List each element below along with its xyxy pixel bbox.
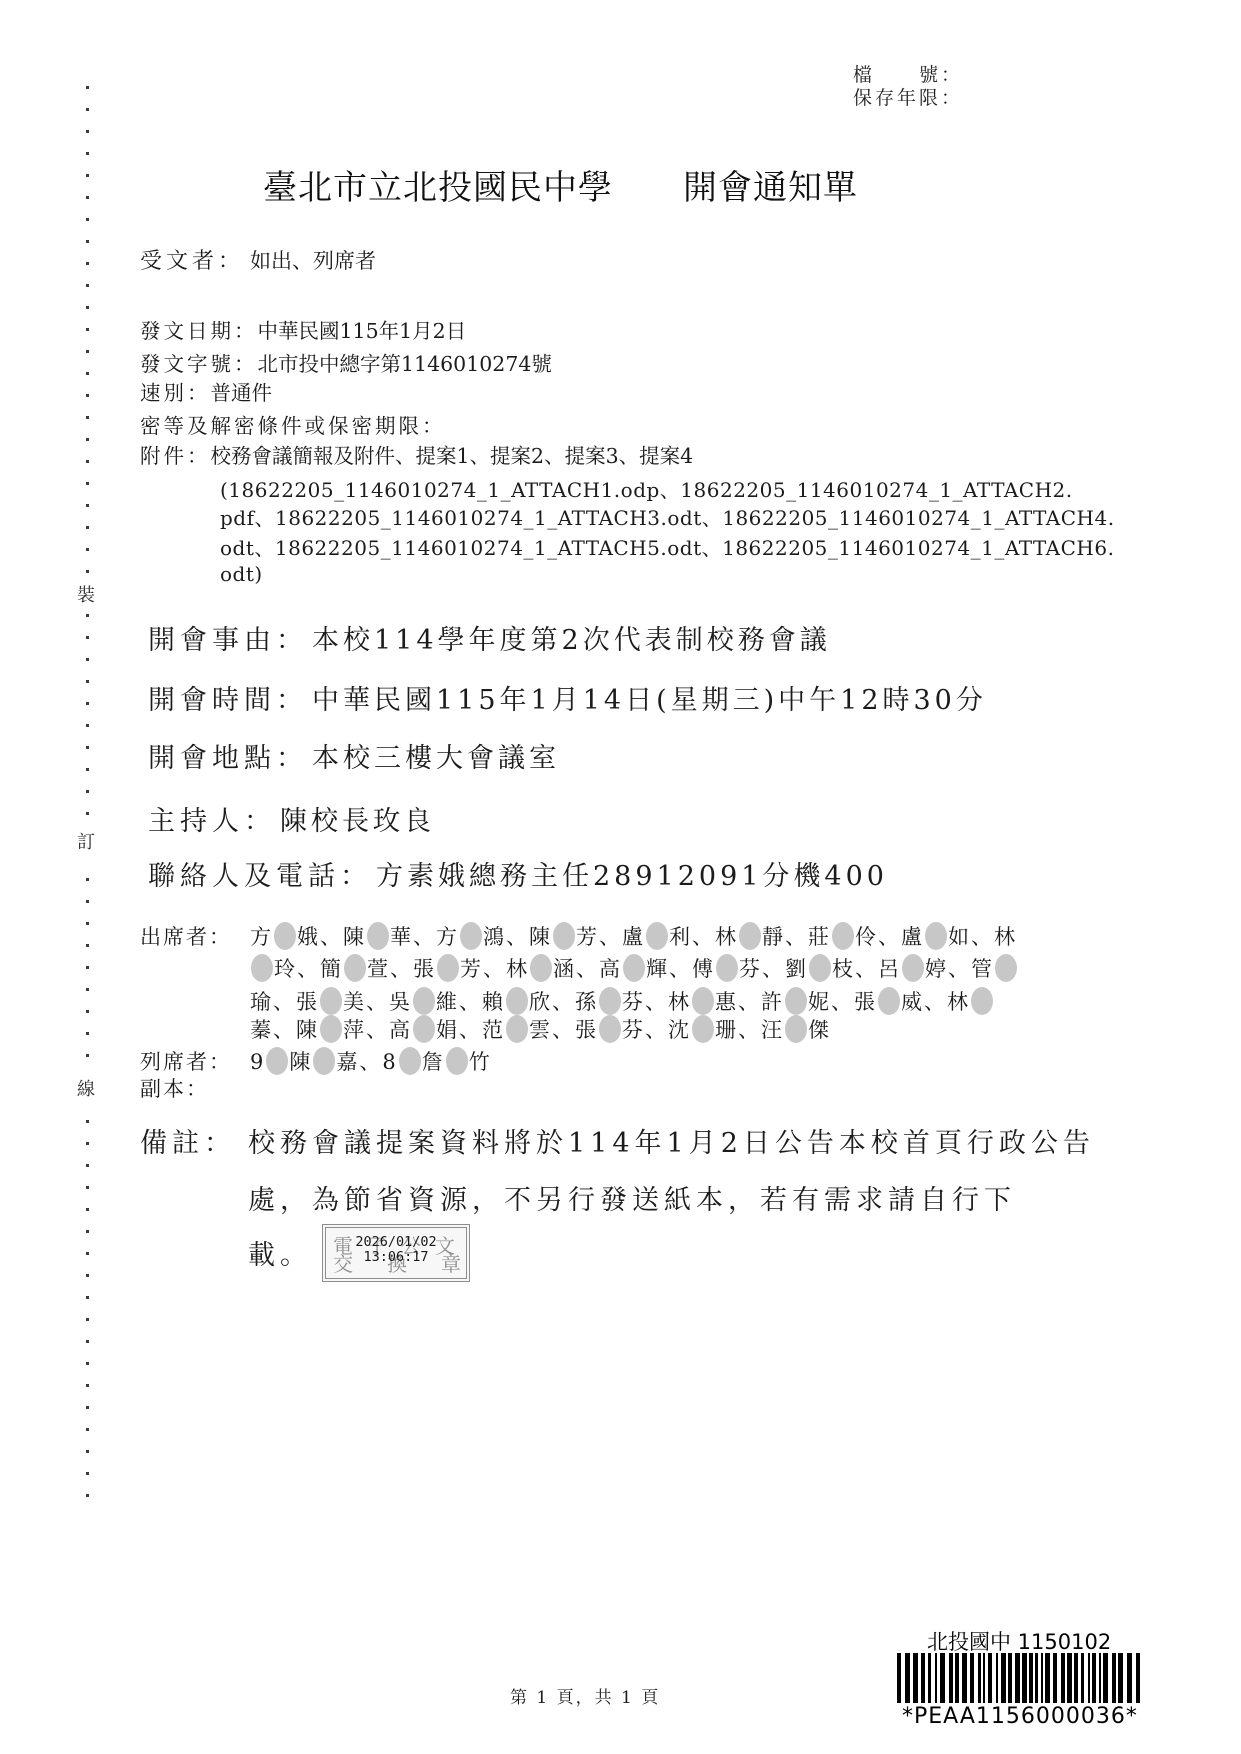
document-page: 裝 訂 線 檔 號： 保存年限： 臺北市立北投國民中學 開會通知單 受文者：如出… xyxy=(0,0,1241,1754)
redacted-character xyxy=(739,922,761,950)
meeting-chair-label: 主持人： xyxy=(148,806,276,837)
redacted-character xyxy=(971,987,993,1015)
cc-label: 副本： xyxy=(140,1073,209,1103)
redacted-character xyxy=(646,922,668,950)
observers-value: 9陳嘉、8詹竹 xyxy=(250,1046,492,1076)
redacted-character xyxy=(878,987,900,1015)
attendees-line: 蓁、陳萍、高娟、范雲、張芬、沈珊、汪傑 xyxy=(250,1014,831,1044)
stamp-time: 13:06:17 xyxy=(326,1250,466,1265)
redacted-character xyxy=(413,1015,435,1043)
meeting-contact-label: 聯絡人及電話： xyxy=(148,861,372,892)
remarks-line: 校務會議提案資料將於114年1月2日公告本校首頁行政公告 xyxy=(248,1121,1095,1160)
redacted-character xyxy=(320,1015,342,1043)
remarks-line: 處，為節省資源，不另行發送紙本，若有需求請自行下 xyxy=(248,1178,1016,1217)
electronic-exchange-stamp: 電子公文 交換章 2026/01/02 13:06:17 xyxy=(322,1224,470,1282)
binding-mark-ding: 訂 xyxy=(74,823,98,859)
recipient-label: 受文者： xyxy=(140,249,244,274)
meeting-time-label: 開會時間： xyxy=(148,685,308,716)
redacted-character xyxy=(716,954,738,982)
binding-mark-xian: 線 xyxy=(74,1070,98,1106)
redacted-character xyxy=(809,954,831,982)
redacted-character xyxy=(320,987,342,1015)
meeting-chair-value: 陳校長玫良 xyxy=(280,806,435,837)
meeting-contact-row: 聯絡人及電話：方素娥總務主任28912091分機400 xyxy=(148,854,888,893)
attachment-filenames-line: odt) xyxy=(220,562,263,586)
barcode-text: *PEAA1156000036* xyxy=(902,1704,1138,1729)
redacted-character xyxy=(902,954,924,982)
attachments-row: 附件：校務會議簡報及附件、提案1、提案2、提案3、提案4 xyxy=(140,439,693,469)
redacted-character xyxy=(399,1047,421,1075)
security-label: 密等及解密條件或保密期限： xyxy=(140,414,446,438)
remarks-line: 載。 xyxy=(248,1233,312,1272)
page-title: 臺北市立北投國民中學 開會通知單 xyxy=(263,160,858,209)
redacted-character xyxy=(251,954,273,982)
redacted-character xyxy=(785,1015,807,1043)
doc-number-value: 北市投中總字第1146010274號 xyxy=(258,352,552,376)
binding-mark-zhuang: 裝 xyxy=(74,576,98,612)
attendees-line: 方娥、陳華、方鴻、陳芳、盧利、林靜、莊伶、盧如、林 xyxy=(250,921,1017,951)
attachment-filenames-line: odt、18622205_1146010274_1_ATTACH5.odt、18… xyxy=(220,532,1114,561)
priority-value: 普通件 xyxy=(211,381,273,405)
attendees-label: 出席者： xyxy=(140,921,232,951)
barcode xyxy=(897,1653,1141,1703)
recipient-row: 受文者：如出、列席者 xyxy=(140,244,376,275)
redacted-character xyxy=(506,1015,528,1043)
redacted-character xyxy=(995,954,1017,982)
redacted-character xyxy=(785,987,807,1015)
redacted-character xyxy=(460,922,482,950)
issue-date-value: 中華民國115年1月2日 xyxy=(258,319,467,343)
meeting-place-label: 開會地點： xyxy=(148,743,308,774)
doc-number-row: 發文字號：北市投中總字第1146010274號 xyxy=(140,347,552,377)
attachment-filenames-line: pdf、18622205_1146010274_1_ATTACH3.odt、18… xyxy=(220,502,1115,531)
redacted-character xyxy=(623,954,645,982)
meeting-time-row: 開會時間：中華民國115年1月14日(星期三)中午12時30分 xyxy=(148,678,987,717)
stamp-date: 2026/01/02 xyxy=(326,1235,466,1250)
attachment-filenames-line: (18622205_1146010274_1_ATTACH1.odp、18622… xyxy=(220,474,1073,503)
meeting-subject-value: 本校114學年度第2次代表制校務會議 xyxy=(312,625,831,656)
redacted-character xyxy=(599,1015,621,1043)
attachments-label: 附件： xyxy=(140,444,211,468)
priority-row: 速別：普通件 xyxy=(140,376,272,406)
security-row: 密等及解密條件或保密期限： xyxy=(140,409,446,439)
redacted-character xyxy=(832,922,854,950)
meeting-place-value: 本校三樓大會議室 xyxy=(312,743,560,774)
meeting-time-value: 中華民國115年1月14日(星期三)中午12時30分 xyxy=(312,685,987,716)
meeting-chair-row: 主持人：陳校長玫良 xyxy=(148,799,435,838)
redacted-character xyxy=(274,922,296,950)
redacted-character xyxy=(506,987,528,1015)
doc-number-label: 發文字號： xyxy=(140,352,258,376)
binding-dotted-line xyxy=(86,86,89,1506)
redacted-character xyxy=(413,987,435,1015)
priority-label: 速別： xyxy=(140,381,211,405)
observers-label: 列席者： xyxy=(140,1046,232,1076)
redacted-character xyxy=(446,1047,468,1075)
redacted-character xyxy=(313,1047,335,1075)
stamp-datetime: 2026/01/02 13:06:17 xyxy=(326,1235,466,1265)
school-code: 北投國中 1150102 xyxy=(927,1626,1111,1656)
retention-period-label: 保存年限： xyxy=(853,87,963,110)
meeting-subject-label: 開會事由： xyxy=(148,625,308,656)
redacted-character xyxy=(367,922,389,950)
issue-date-label: 發文日期： xyxy=(140,319,258,343)
redacted-character xyxy=(530,954,552,982)
issue-date-row: 發文日期：中華民國115年1月2日 xyxy=(140,314,466,344)
page-number-info: 第 1 頁，共 1 頁 xyxy=(510,1683,660,1708)
redacted-character xyxy=(344,954,366,982)
redacted-character xyxy=(266,1047,288,1075)
redacted-character xyxy=(692,987,714,1015)
meeting-contact-value: 方素娥總務主任28912091分機400 xyxy=(376,861,888,892)
redacted-character xyxy=(925,922,947,950)
recipient-value: 如出、列席者 xyxy=(250,249,376,273)
attendees-line: 瑜、張美、吳維、賴欣、孫芬、林惠、許妮、張威、林 xyxy=(250,986,994,1016)
meeting-subject-row: 開會事由：本校114學年度第2次代表制校務會議 xyxy=(148,618,831,657)
file-number-label: 檔 號： xyxy=(853,64,963,87)
file-header: 檔 號： 保存年限： xyxy=(853,64,963,110)
meeting-place-row: 開會地點：本校三樓大會議室 xyxy=(148,736,560,775)
redacted-character xyxy=(553,922,575,950)
remarks-label: 備註： xyxy=(140,1121,236,1160)
attendees-line: 玲、簡萱、張芳、林涵、高輝、傅芬、劉枝、呂婷、管 xyxy=(250,953,1018,983)
redacted-character xyxy=(437,954,459,982)
attachments-value: 校務會議簡報及附件、提案1、提案2、提案3、提案4 xyxy=(211,444,694,468)
redacted-character xyxy=(692,1015,714,1043)
redacted-character xyxy=(599,987,621,1015)
